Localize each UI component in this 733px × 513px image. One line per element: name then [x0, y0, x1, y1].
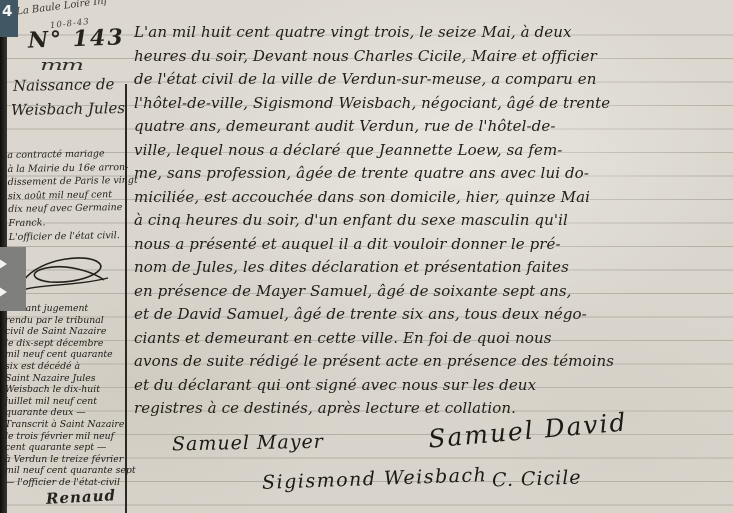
archive-annotation-location: La Baule Loire Inf — [16, 0, 108, 18]
marriage-margin-note: a contracté mariage à la Mairie du 16e a… — [7, 147, 127, 244]
act-body-line: L'an mil huit cent quatre vingt trois, l… — [134, 23, 732, 47]
act-body-line: registres à ce destinés, après lecture e… — [134, 399, 732, 423]
signature-sigismond-weisbach: Sigismond Weisbach — [262, 464, 488, 494]
viewer-nav-control[interactable] — [0, 247, 26, 311]
act-body-line: à cinq heures du soir, d'un enfant du se… — [134, 211, 732, 235]
act-body-line: avons de suite rédigé le présent acte en… — [134, 352, 732, 376]
act-number: N° 143 — [28, 24, 126, 53]
act-title-line1: Naissance de — [13, 75, 115, 95]
death-note-line: civil de Saint Nazaire — [5, 326, 129, 338]
death-note-line: rendu par le tribunal — [5, 315, 129, 327]
death-note-signature: Renaud — [46, 486, 117, 508]
act-body-line: nous a présenté et auquel il a dit voulo… — [134, 235, 732, 259]
act-title-line2: Weisbach Jules — [11, 99, 125, 119]
death-note-line: mil neuf cent quarante sept — [5, 465, 129, 477]
marriage-note-signature-scribble — [20, 250, 110, 300]
chevron-right-icon[interactable] — [0, 283, 7, 301]
flourish-squiggle: mm — [40, 56, 82, 74]
page-number-badge: 4 — [0, 0, 18, 37]
signature-c-cicile: C. Cicile — [492, 466, 582, 491]
act-body-line: ville, lequel nous a déclaré que Jeannet… — [134, 141, 732, 165]
register-scan-page: 4 La Baule Loire Inf 10-8-43 N° 143 mm N… — [0, 0, 733, 513]
act-body-line: heures du soir, Devant nous Charles Cici… — [134, 47, 732, 71]
death-note-line: Transcrit à Saint Nazaire — [5, 419, 129, 431]
death-note-line: juillet mil neuf cent — [5, 396, 129, 408]
marriage-note-line: dix neuf avec Germaine — [8, 201, 126, 217]
act-body-line: ciants et demeurant en cette ville. En f… — [134, 329, 732, 353]
page-number-label: 4 — [2, 2, 12, 20]
death-judgment-margin-note: Suivant jugement rendu par le tribunal c… — [5, 303, 129, 489]
death-note-line: le dix-sept décembre — [5, 338, 129, 350]
death-note-line: Saint Nazaire Jules — [5, 373, 129, 385]
act-body-text: L'an mil huit cent quatre vingt trois, l… — [134, 23, 732, 423]
act-body-line: de l'état civil de la ville de Verdun-su… — [134, 70, 732, 94]
act-body-line: en présence de Mayer Samuel, âgé de soix… — [134, 282, 732, 306]
chevron-right-icon[interactable] — [0, 255, 7, 273]
act-body-line: me, sans profession, âgée de trente quat… — [134, 164, 732, 188]
death-note-line: mil neuf cent quarante — [5, 349, 129, 361]
death-note-line: quarante deux — — [5, 407, 129, 419]
death-note-line: six est décédé à — [5, 361, 129, 373]
marriage-note-line: L'officier de l'état civil. — [9, 229, 127, 245]
act-body-line: nom de Jules, les dites déclaration et p… — [134, 258, 732, 282]
act-body-line: quatre ans, demeurant audit Verdun, rue … — [134, 117, 732, 141]
death-note-line: cent quarante sept — — [5, 442, 129, 454]
death-note-line: le trois février mil neuf — [5, 431, 129, 443]
act-body-line: l'hôtel-de-ville, Sigismond Weisbach, né… — [134, 94, 732, 118]
act-body-line: et de David Samuel, âgé de trente six an… — [134, 305, 732, 329]
signature-samuel-mayer: Samuel Mayer — [172, 431, 324, 456]
act-body-line: et du déclarant qui ont signé avec nous … — [134, 376, 732, 400]
death-note-line: à Verdun le treize février — [5, 454, 129, 466]
act-body-line: miciliée, est accouchée dans son domicil… — [134, 188, 732, 212]
death-note-line: Weisbach le dix-huit — [5, 384, 129, 396]
